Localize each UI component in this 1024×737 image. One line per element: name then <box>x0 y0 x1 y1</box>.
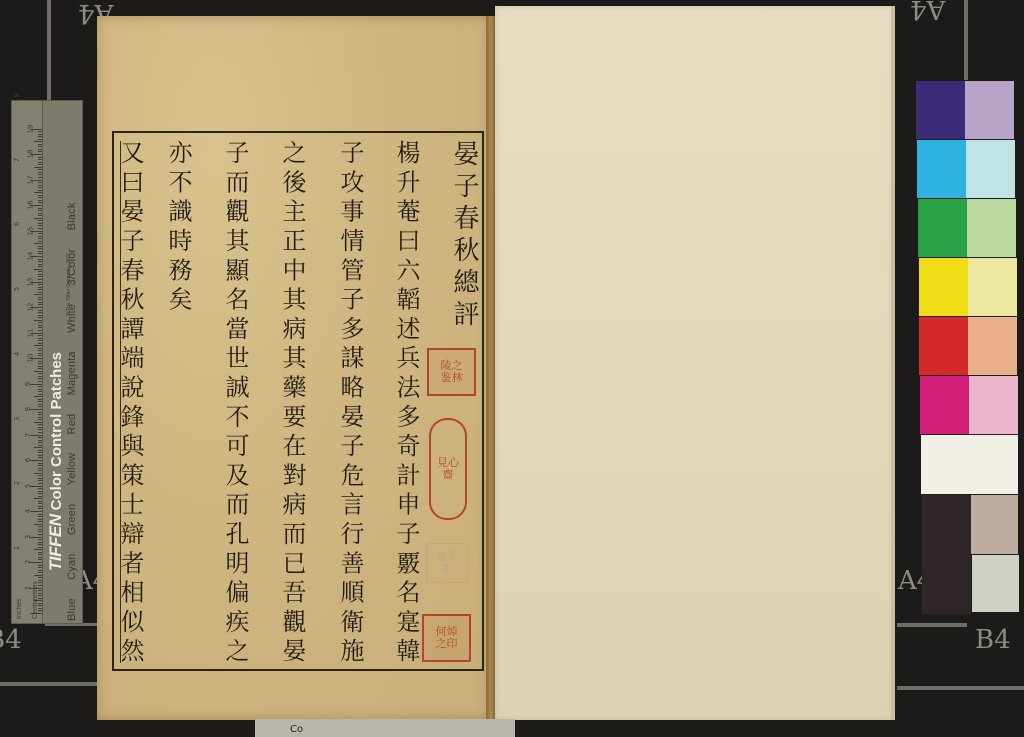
ruler-cm-number: 3 <box>24 534 32 538</box>
ruler-tick <box>38 539 42 540</box>
ruler-tick <box>34 218 42 219</box>
ruler-tick <box>38 570 42 571</box>
ruler-tick <box>38 274 42 275</box>
ruler-tick <box>38 432 42 433</box>
color-control-card <box>916 81 1014 617</box>
ruler-tick <box>38 299 42 300</box>
ruler-tick <box>38 248 42 249</box>
ruler-units-inches: Inches <box>16 598 23 619</box>
grid-label-b4-right: B4 <box>975 627 1011 653</box>
ruler-tick <box>38 401 42 402</box>
ruler-tick <box>38 496 42 497</box>
ruler-tick <box>34 167 42 168</box>
ruler-tick <box>38 424 42 425</box>
ruler-tick <box>38 386 42 387</box>
label-magenta: Magenta <box>66 351 78 395</box>
ruler-tick <box>38 261 42 262</box>
ruler-tick <box>34 243 42 244</box>
ruler-tick <box>38 238 42 239</box>
color-patch-cyan <box>917 140 966 199</box>
ruler-tick <box>38 284 42 285</box>
ruler-cm-number: 7 <box>24 432 32 436</box>
ruler-tick <box>38 343 42 344</box>
ruler-tick <box>38 197 42 198</box>
ruler-tick <box>38 567 42 568</box>
ruler-tick <box>38 190 42 191</box>
color-patch-black-light <box>972 555 1019 613</box>
ruler-tick <box>38 335 42 336</box>
ruler-tick <box>38 412 42 413</box>
ruler-tick <box>38 279 42 280</box>
board-line-vertical-left <box>47 0 51 100</box>
ruler-tick <box>38 355 42 356</box>
ruler-tick <box>34 371 42 372</box>
seal-stamp-4: 何焯 之印 <box>422 614 471 662</box>
ruler-tick <box>38 200 42 201</box>
ruler-tick <box>38 312 42 313</box>
ruler-tick <box>38 315 42 316</box>
ruler-tick <box>34 294 42 295</box>
ruler-cm-number: 13 <box>26 277 34 286</box>
ruler-tick <box>38 542 42 543</box>
ruler-tick <box>38 478 42 479</box>
ruler-tick <box>38 131 42 132</box>
ruler-tick <box>38 213 42 214</box>
ruler-tick <box>38 353 42 354</box>
board-line-horizontal-bottom <box>0 682 97 686</box>
seal-stamp-2-oval: 見心 齋 <box>429 418 467 520</box>
color-patch-3color-light <box>971 495 1018 555</box>
ruler-tick <box>38 225 42 226</box>
ruler-tick <box>38 276 42 277</box>
ruler-tick <box>38 557 42 558</box>
ruler-tick <box>34 447 42 448</box>
ruler-tick <box>34 498 42 499</box>
ruler-tick <box>38 151 42 152</box>
color-patch-magenta <box>920 376 969 435</box>
ruler-tick <box>38 394 42 395</box>
text-column-1: 楊升菴曰六韜述兵法多奇計申子覈名寔韓 <box>391 140 421 667</box>
right-page-blank <box>495 6 893 720</box>
ruler-tick <box>38 475 42 476</box>
label-3color: 3/Color <box>66 249 78 286</box>
ruler-tick <box>34 345 42 346</box>
board-line-a4-corner <box>897 623 967 627</box>
ruler-tick <box>38 330 42 331</box>
bottom-slip-text: Co <box>290 724 303 735</box>
ruler-inch-number: 2 <box>13 481 21 485</box>
ruler-tick <box>38 381 42 382</box>
ruler-tick <box>38 455 42 456</box>
ruler-tick <box>38 419 42 420</box>
ruler-tick <box>38 491 42 492</box>
ruler-cm-number: 4 <box>24 509 32 513</box>
ruler-tick <box>38 139 42 140</box>
ruler-cm-number: 5 <box>24 483 32 487</box>
ruler-product-name: Color Control Patches <box>48 352 65 510</box>
seal-stamp-1: 陵之 鉴林 <box>427 348 476 396</box>
ruler-tick <box>38 208 42 209</box>
ruler-cm-number: 6 <box>24 458 32 462</box>
ruler-tick <box>38 452 42 453</box>
color-patch-blue-light <box>965 81 1014 140</box>
ruler-tick <box>38 210 42 211</box>
ruler-cm-number: 9 <box>24 381 32 385</box>
ruler-tick <box>38 310 42 311</box>
ruler-cm-number: 18 <box>26 150 34 159</box>
color-patch-cyan-light <box>966 140 1015 199</box>
ruler-tick <box>38 236 42 237</box>
text-column-4: 子而觀其顯名當世誠不可及而孔明偏疾之 <box>220 140 250 667</box>
ruler-tick <box>38 547 42 548</box>
ruler-tick <box>38 437 42 438</box>
ruler-tick <box>38 450 42 451</box>
ruler-tick <box>38 572 42 573</box>
color-patch-red <box>919 317 968 376</box>
ruler-tick <box>38 195 42 196</box>
text-column-2: 子攻事情管子多謀略晏子危言行善順衛施 <box>335 140 365 667</box>
ruler-tick <box>34 396 42 397</box>
ruler-tick <box>38 233 42 234</box>
ruler-tick <box>38 554 42 555</box>
color-patch-white <box>921 435 1018 495</box>
ruler-tick <box>38 325 42 326</box>
color-patch-blue <box>916 81 965 140</box>
grid-label-b4-left: B4 <box>0 627 22 653</box>
ruler-tick <box>38 169 42 170</box>
ruler-tick <box>38 292 42 293</box>
ruler-cm-number: 2 <box>24 560 32 564</box>
ruler-inch-number: 8 <box>13 93 21 97</box>
ruler-tick <box>38 442 42 443</box>
ruler-tick <box>38 559 42 560</box>
ruler-inch-number: 6 <box>13 222 21 226</box>
ruler-tick <box>38 202 42 203</box>
color-patch-green-light <box>967 199 1016 258</box>
ruler-tick <box>38 503 42 504</box>
ruler-tick <box>38 470 42 471</box>
color-patch-yellow-light <box>968 258 1017 317</box>
ruler-tick <box>38 516 42 517</box>
ruler-tick <box>38 251 42 252</box>
tiffen-ruler: 1234567891011121314151617181912345678 In… <box>12 101 82 623</box>
ruler-tick <box>38 488 42 489</box>
ruler-cm-number: 15 <box>26 226 34 235</box>
ruler-cm-number: 14 <box>26 252 34 261</box>
ruler-tick <box>38 297 42 298</box>
ruler-tick <box>38 480 42 481</box>
text-column-6: 又曰晏子春秋譚端說鋒與策士辯者相似然 <box>115 140 145 667</box>
ruler-scale: 1234567891011121314151617181912345678 <box>12 101 43 623</box>
board-line-horizontal-bottom-right <box>897 686 1024 690</box>
ruler-cm-number: 11 <box>26 328 34 337</box>
ruler-tick <box>38 417 42 418</box>
title-column-rule <box>483 133 484 333</box>
ruler-tick <box>38 368 42 369</box>
ruler-tick <box>38 174 42 175</box>
ruler-tick <box>38 493 42 494</box>
ruler-color-labels: Blue Cyan Green Yellow Red Magenta White… <box>66 187 78 621</box>
label-green: Green <box>66 504 78 536</box>
ruler-tick <box>38 149 42 150</box>
text-column-5: 亦不識時務矣 <box>163 140 193 316</box>
grid-label-a4-top-right: A4 <box>910 0 945 22</box>
ruler-tick <box>38 440 42 441</box>
ruler-inch-number: 7 <box>13 157 21 161</box>
ruler-tick <box>38 164 42 165</box>
ruler-tick <box>38 187 42 188</box>
ruler-units-centimetres: Centimetres <box>32 581 39 619</box>
board-line-left-corner <box>45 623 97 626</box>
ruler-tick <box>38 506 42 507</box>
ruler-tick <box>38 177 42 178</box>
ruler-tick <box>38 322 42 323</box>
ruler-tick <box>34 473 42 474</box>
color-patch-green <box>918 199 967 258</box>
ruler-tick <box>38 445 42 446</box>
ruler-tick <box>38 376 42 377</box>
ruler-tick <box>38 271 42 272</box>
board-line-vertical-right <box>964 0 968 80</box>
ruler-tick <box>38 526 42 527</box>
ruler-tick <box>38 414 42 415</box>
ruler-inch-number: 3 <box>13 416 21 420</box>
ruler-tick <box>38 389 42 390</box>
ruler-tick <box>38 468 42 469</box>
ruler-tick <box>34 192 42 193</box>
color-patch-3color-dark <box>922 495 971 615</box>
ruler-cm-number: 8 <box>24 407 32 411</box>
ruler-tick <box>38 399 42 400</box>
ruler-tick <box>34 422 42 423</box>
ruler-tick <box>38 501 42 502</box>
ruler-tick <box>38 304 42 305</box>
label-blue: Blue <box>66 598 78 621</box>
ruler-tick <box>34 524 42 525</box>
ruler-tick <box>38 514 42 515</box>
ruler-tick <box>38 220 42 221</box>
ruler-tick <box>38 521 42 522</box>
ruler-cm-number: 19 <box>26 124 34 133</box>
ruler-tick <box>38 350 42 351</box>
ruler-tick <box>38 366 42 367</box>
ruler-tick <box>38 241 42 242</box>
label-yellow: Yellow <box>66 453 78 486</box>
ruler-tick <box>38 565 42 566</box>
color-patch-yellow <box>919 258 968 317</box>
ruler-tick <box>38 508 42 509</box>
ruler-tick <box>38 391 42 392</box>
ruler-tick <box>38 534 42 535</box>
label-cyan: Cyan <box>66 553 78 579</box>
ruler-tick <box>38 228 42 229</box>
ruler-tick <box>38 215 42 216</box>
ruler-tick <box>38 172 42 173</box>
ruler-tick <box>38 223 42 224</box>
ruler-tick <box>34 549 42 550</box>
ruler-cm-number: 10 <box>26 354 34 363</box>
ruler-tick <box>38 159 42 160</box>
color-patch-magenta-light <box>969 376 1018 435</box>
ruler-tick <box>38 429 42 430</box>
ruler-tick <box>38 253 42 254</box>
text-column-3: 之後主正中其病其藥要在對病而已吾觀晏 <box>277 140 307 667</box>
ruler-tick <box>38 134 42 135</box>
ruler-tick <box>38 406 42 407</box>
ruler-inch-number: 4 <box>13 352 21 356</box>
ruler-tick <box>38 136 42 137</box>
right-page-edge <box>891 6 895 720</box>
ruler-tick <box>38 302 42 303</box>
ruler-tick <box>38 463 42 464</box>
ruler-inch-number: 5 <box>13 287 21 291</box>
text-column-title: 晏子春秋總評 <box>449 140 479 332</box>
tiffen-logo: TIFFEN <box>46 515 65 572</box>
ruler-tick <box>38 363 42 364</box>
ruler-cm-number: 12 <box>26 303 34 312</box>
ruler-tick <box>38 266 42 267</box>
ruler-tick <box>38 404 42 405</box>
ruler-tick <box>38 289 42 290</box>
ruler-tick <box>34 575 42 576</box>
ruler-tick <box>38 340 42 341</box>
ruler-tick <box>38 182 42 183</box>
ruler-tick <box>38 327 42 328</box>
ruler-tick <box>38 246 42 247</box>
ruler-tick <box>38 287 42 288</box>
ruler-tick <box>38 157 42 158</box>
ruler-cm-number: 16 <box>26 201 34 210</box>
ruler-tick <box>34 141 42 142</box>
ruler-tick <box>34 320 42 321</box>
color-patch-red-light <box>968 317 1017 376</box>
ruler-tick <box>38 529 42 530</box>
ruler-tick <box>38 348 42 349</box>
ruler-tick <box>38 317 42 318</box>
ruler-inch-number: 1 <box>13 546 21 550</box>
ruler-tick <box>38 465 42 466</box>
ruler-tick <box>38 483 42 484</box>
ruler-tick <box>38 338 42 339</box>
ruler-tick <box>38 531 42 532</box>
label-white: White <box>66 304 78 333</box>
label-black: Black <box>66 202 78 230</box>
ruler-brand-title: TIFFEN Color Control Patches <box>46 352 66 571</box>
ruler-tick <box>34 269 42 270</box>
ruler-tick <box>38 264 42 265</box>
ruler-tick <box>38 144 42 145</box>
ruler-tick <box>38 544 42 545</box>
ruler-tick <box>38 378 42 379</box>
ruler-tick <box>38 373 42 374</box>
ruler-tick <box>38 146 42 147</box>
ruler-tick <box>38 361 42 362</box>
ruler-tick <box>38 162 42 163</box>
seal-stamp-3-faint: 宛委 本 <box>426 543 468 583</box>
ruler-tick <box>38 185 42 186</box>
ruler-cm-number: 17 <box>26 175 34 184</box>
ruler-tick <box>38 427 42 428</box>
ruler-tick <box>38 519 42 520</box>
ruler-tick <box>38 259 42 260</box>
ruler-tick <box>38 457 42 458</box>
ruler-tick <box>38 552 42 553</box>
label-red: Red <box>66 414 78 435</box>
ruler-tick <box>38 577 42 578</box>
